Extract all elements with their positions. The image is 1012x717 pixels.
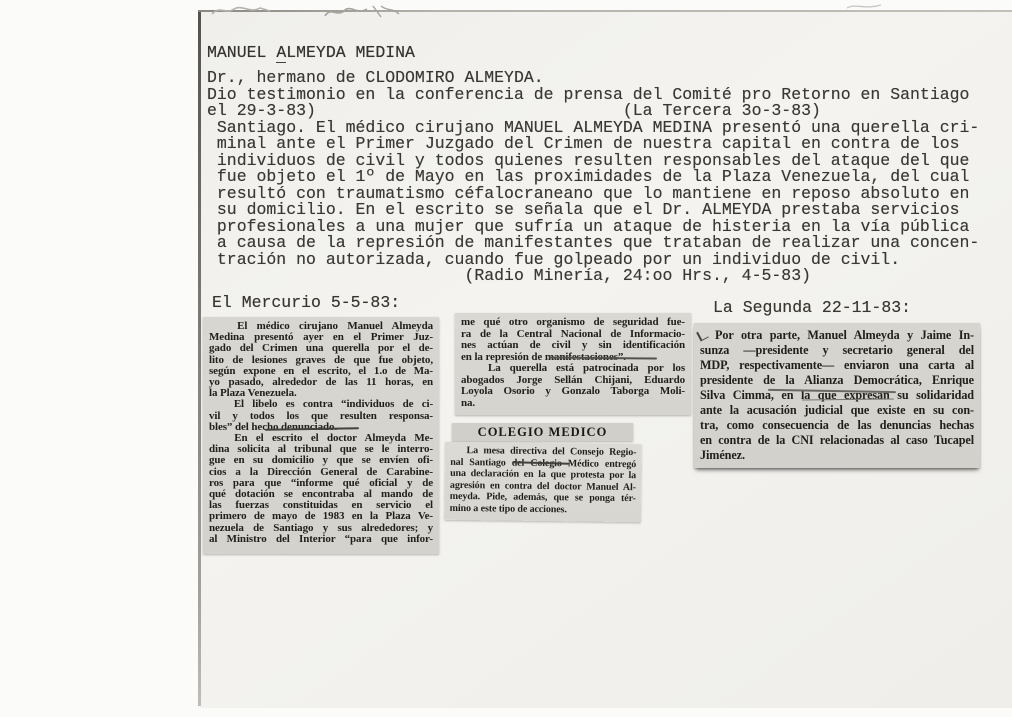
clipping-line: El libelo es contra “individuos de ci- — [209, 399, 433, 410]
title-underlined-letter: A — [276, 43, 286, 63]
clipping-line: Jiménez. — [700, 448, 974, 463]
clipping-line: gue en su domicilio y que se envíen ofi- — [209, 455, 433, 466]
clipping-line: me qué otro organismo de seguridad fue- — [461, 317, 685, 329]
clipping-line: al Ministro del Interior “para que infor… — [209, 534, 433, 545]
title-text-end: LMEYDA MEDINA — [286, 43, 415, 62]
pencil-scribble — [210, 2, 272, 18]
clipping-line: MDP, respectivamente— enviaron una carta… — [700, 358, 974, 373]
pencil-scribble — [323, 2, 401, 20]
paper-top-edge-shadow — [198, 10, 1012, 12]
clipping-line: sunza —presidente y secretario general d… — [700, 343, 974, 358]
clipping-line: tra, como consecuencia de las denuncias … — [700, 418, 974, 433]
clipping-line: mino a este tipo de acciones. — [450, 503, 636, 517]
clipping-line: Por otra parte, Manuel Almeyda y Jaime I… — [700, 328, 974, 343]
clipping-line: nes actúan de civil y sin identificación — [461, 340, 685, 352]
paper-left-edge-shadow — [198, 12, 201, 706]
clipping-line: en contra de la CNI relacionadas al caso… — [700, 433, 974, 448]
clipping-line: primero de mayo de 1983 en la Plaza Ve- — [209, 511, 433, 522]
scanned-page-canvas: MANUEL ALMEYDA MEDINA Dr., hermano de CL… — [0, 0, 1012, 717]
title-text-start: MANUEL — [207, 43, 276, 62]
clipping-line: ante la acusación judicial que existe en… — [700, 403, 974, 418]
source-heading-el-mercurio: El Mercurio 5-5-83: — [212, 294, 400, 312]
clipping-line: presidente de la Alianza Democrática, En… — [700, 373, 974, 388]
clipping-line: gado del Crimen una querella por el de- — [209, 343, 433, 354]
clipping-colegio-medico-header: COLEGIO MEDICO — [452, 423, 633, 441]
clipping-line: La querella está patrocinada por los — [461, 363, 685, 375]
clipping-line: na. — [461, 398, 685, 410]
clipping-el-mercurio-column1: El médico cirujano Manuel AlmeydaMedina … — [203, 317, 439, 554]
source-heading-la-segunda: La Segunda 22-11-83: — [713, 299, 911, 317]
document-title: MANUEL ALMEYDA MEDINA — [207, 44, 415, 62]
clipping-colegio-medico-body: La mesa directiva del Consejo Regio-nal … — [445, 442, 642, 522]
clipping-la-segunda: Por otra parte, Manuel Almeyda y Jaime I… — [694, 323, 980, 468]
clipping-line: Loyola Osorio y Gonzalo Taborga Moli- — [461, 386, 685, 398]
clipping-el-mercurio-column2: me qué otro organismo de seguridad fue-r… — [455, 313, 691, 415]
typewritten-summary: Dr., hermano de CLODOMIRO ALMEYDA. Dio t… — [207, 70, 979, 285]
pencil-scribble — [845, 1, 883, 11]
